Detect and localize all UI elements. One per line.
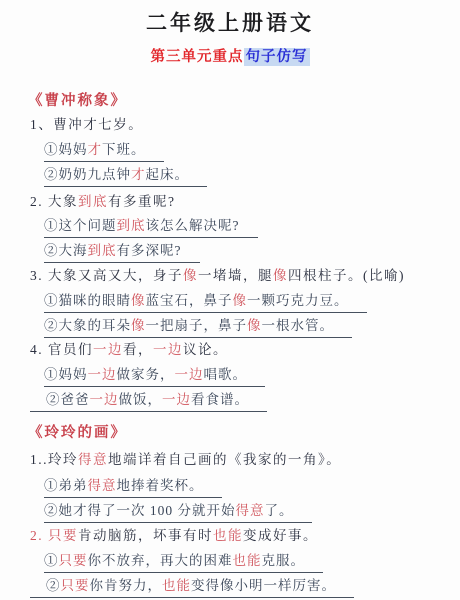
text-run: 下班。 [102,142,146,157]
text-run: 变得像小明一样厉害。 [191,578,336,593]
text-run: 一堵墙，腿 [198,268,273,283]
text-run: 该怎么解决呢? [146,218,240,233]
text-run: ①妈妈 [44,367,88,382]
answer-line: ①弟弟得意地捧着奖杯。 [44,474,222,498]
text-run: 地捧着奖杯。 [117,478,204,493]
text-run: 1、曹冲才七岁。 [30,117,143,132]
section-header-lingling: 《玲玲的画》 [28,421,127,442]
answer-line: ②大象的耳朵像一把扇子，鼻子像一根水管。 [44,314,352,338]
keyword-red: 像 [247,318,262,333]
text-run: 3. 大象又高又大，身子 [30,268,183,283]
text-run: ②大象的耳朵 [44,318,131,333]
text-run: 蓝宝石，鼻子 [146,293,233,308]
keyword-red: 像 [273,268,288,283]
text-run: ②大海 [44,243,88,258]
answer-line: ①这个问题到底该怎么解决呢? [44,214,258,238]
question-line: 2. 只要肯动脑筋，坏事有时也能变成好事。 [30,524,318,544]
keyword-red: 到底 [117,218,146,233]
text-run: 四根柱子。(比喻) [288,268,405,283]
text-run: ②她才得了一次 100 分就开始 [44,503,236,518]
text-run: ①妈妈 [44,142,88,157]
answer-line: ①猫咪的眼睛像蓝宝石，鼻子像一颗巧克力豆。 [44,289,367,313]
page-subtitle: 第三单元重点句子仿写 [0,45,460,66]
question-line: 1..玲玲得意地端详着自己画的《我家的一角》。 [30,448,341,468]
subtitle-highlighted-text: 句子仿写 [244,48,310,66]
worksheet-page: 二年级上册语文 第三单元重点句子仿写 《曹冲称象》 1、曹冲才七岁。 ①妈妈才下… [0,0,460,600]
keyword-red: 才 [88,142,103,157]
text-run: ② [46,578,61,593]
answer-line: ②只要你肯努力，也能变得像小明一样厉害。 [30,574,354,598]
answer-line: ①妈妈一边做家务，一边唱歌。 [44,363,265,387]
text-run: 议论。 [183,342,228,357]
text-run: 4. 官员们 [30,342,93,357]
keyword-red: 一边 [93,342,123,357]
text-run: 变成好事。 [243,528,318,543]
text-run: 地端详着自己画的《我家的一角》。 [108,452,341,467]
keyword-red: 一边 [175,367,204,382]
question-line: 1、曹冲才七岁。 [30,113,143,133]
text-run: 克服。 [262,553,306,568]
page-title: 二年级上册语文 [0,7,460,37]
text-run: 一根水管。 [262,318,335,333]
text-run: 有多重呢? [108,194,176,209]
text-run: ②爸爸 [46,392,90,407]
text-run: 唱歌。 [204,367,248,382]
keyword-red: 一边 [153,342,183,357]
text-run: 肯动脑筋，坏事有时 [78,528,213,543]
question-line: 4. 官员们一边看，一边议论。 [30,338,228,358]
keyword-red: 像 [131,318,146,333]
keyword-red: 得意 [78,452,108,467]
keyword-red: 才 [131,167,146,182]
question-line: 3. 大象又高又大，身子像一堵墙，腿像四根柱子。(比喻) [30,264,405,284]
keyword-red: 到底 [78,194,108,209]
text-run: 有多深呢? [117,243,182,258]
section-header-caochong: 《曹冲称象》 [28,89,127,110]
keyword-red: 也能 [233,553,262,568]
text-run: 做饭， [119,392,163,407]
text-run: 看， [123,342,153,357]
text-run: 你肯努力， [90,578,163,593]
text-run: 一把扇子，鼻子 [146,318,248,333]
keyword-red: 只要 [61,578,90,593]
keyword-red: 也能 [213,528,243,543]
keyword-red: 得意 [88,478,117,493]
text-run: 一颗巧克力豆。 [247,293,349,308]
answer-line: ②奶奶九点钟才起床。 [44,163,207,187]
keyword-red: 得意 [236,503,265,518]
keyword-red: 像 [233,293,248,308]
text-run: ①这个问题 [44,218,117,233]
keyword-red: 一边 [88,367,117,382]
text-run: 1..玲玲 [30,452,78,467]
keyword-red: 一边 [162,392,191,407]
keyword-red: 像 [131,293,146,308]
text-run: ①猫咪的眼睛 [44,293,131,308]
answer-line: ②爸爸一边做饭，一边看食谱。 [30,388,267,412]
keyword-red: 只要 [59,553,88,568]
keyword-red: 到底 [88,243,117,258]
text-run: 起床。 [146,167,190,182]
answer-line: ①只要你不放弃，再大的困难也能克服。 [44,549,323,573]
text-run: 了。 [265,503,294,518]
text-run: 做家务， [117,367,175,382]
answer-line: ②她才得了一次 100 分就开始得意了。 [44,499,312,523]
subtitle-red-text: 第三单元重点 [151,49,244,65]
text-run: 看食谱。 [191,392,249,407]
answer-line: ②大海到底有多深呢? [44,239,200,263]
text-run: ②奶奶九点钟 [44,167,131,182]
answer-line: ①妈妈才下班。 [44,138,164,162]
question-line: 2. 大象到底有多重呢? [30,190,176,210]
text-run: 你不放弃，再大的困难 [88,553,233,568]
keyword-red: 2. 只要 [30,528,78,543]
keyword-red: 也能 [162,578,191,593]
text-run: ① [44,553,59,568]
keyword-red: 像 [183,268,198,283]
text-run: 2. 大象 [30,194,78,209]
keyword-red: 一边 [90,392,119,407]
text-run: ①弟弟 [44,478,88,493]
